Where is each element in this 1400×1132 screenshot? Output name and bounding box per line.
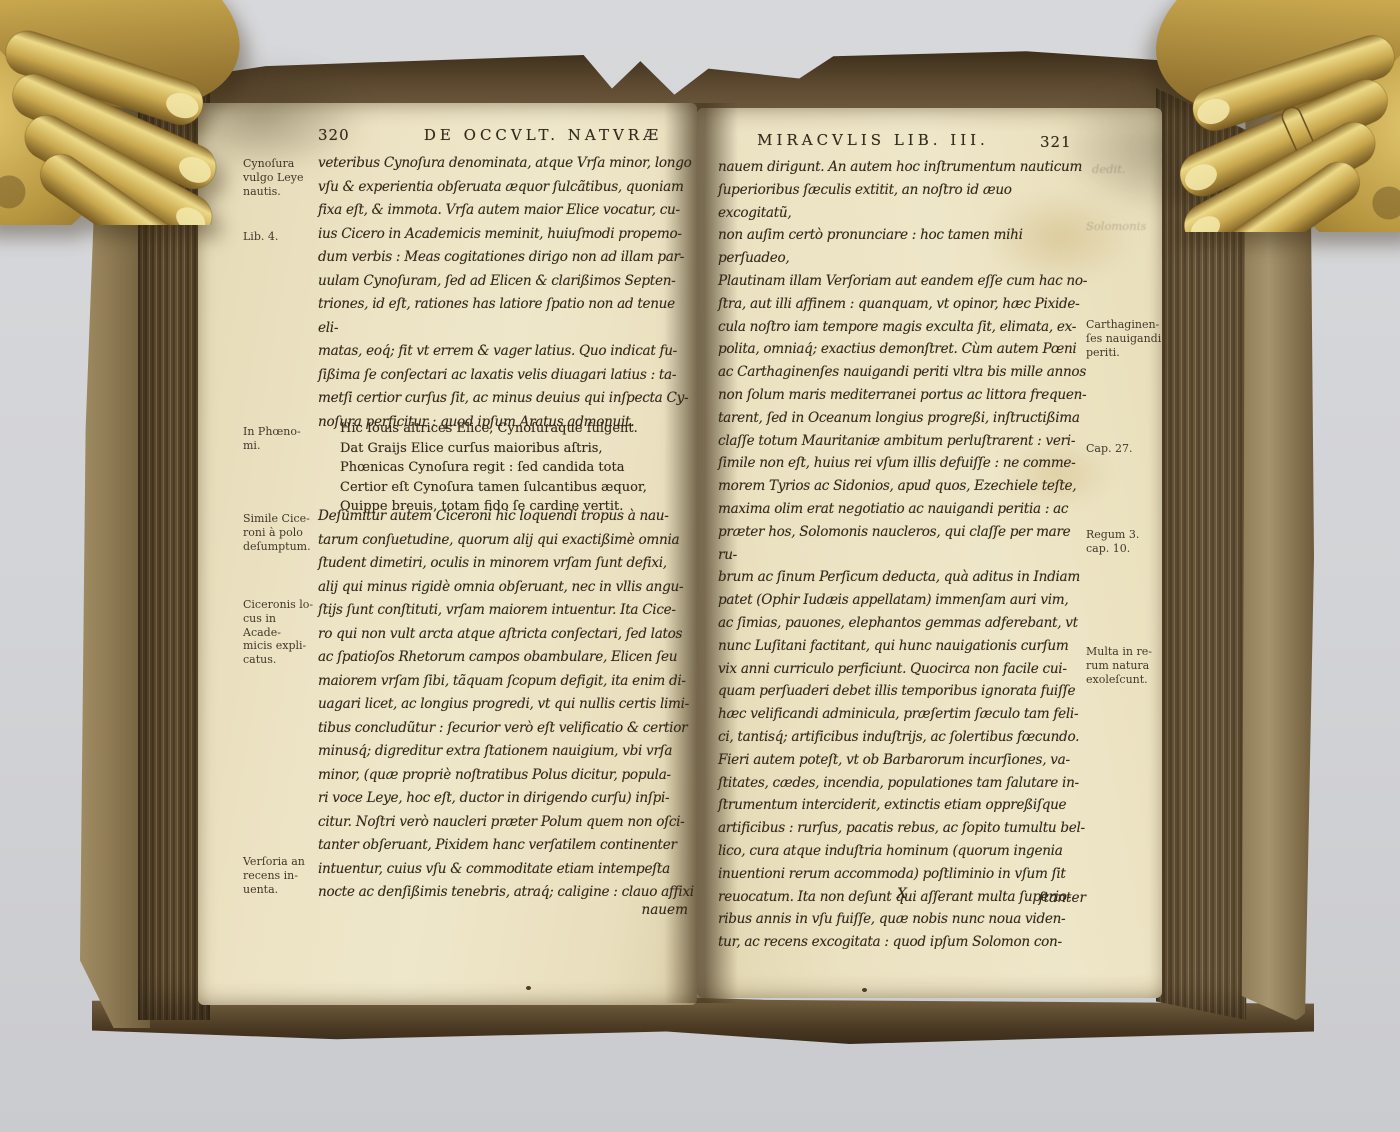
margin-note: Ciceronis lo- cus in Acade- micis expli-… — [243, 598, 317, 667]
margin-note: Carthaginen- ſes nauigandi periti. — [1086, 318, 1166, 359]
photo-backdrop: 320 DE OCCVLT. NATVRÆ Cynoſura vulgo Ley… — [0, 0, 1400, 1132]
margin-note: Simile Cice- roni à polo deſumptum. — [243, 512, 317, 553]
catchword: nauem — [318, 902, 688, 918]
body-paragraph: veteribus Cynoſura denominata, atque Vrſ… — [318, 152, 694, 434]
margin-note: Multa in re- rum natura exoleſcunt. — [1086, 645, 1166, 686]
body-paragraph: nauem dirigunt. An autem hoc inſtrumentu… — [718, 156, 1088, 954]
body-paragraph: Deſumitur autem Ciceroni hic loquendi tr… — [318, 505, 694, 905]
margin-note: Verſoria an recens in- uenta. — [243, 855, 317, 896]
margin-note: Regum 3. cap. 10. — [1086, 528, 1166, 556]
gilded-hand-right — [1102, 0, 1400, 232]
catchword: ſtanter — [718, 890, 1086, 906]
ink-speck — [526, 986, 531, 990]
verse-quote: Hic Iouis altrices Elice, Cynoſuraque fu… — [340, 419, 692, 517]
right-running-title: MIRACVLIS LIB. III. — [748, 131, 998, 149]
left-running-title: DE OCCVLT. NATVRÆ — [398, 126, 688, 144]
ink-speck — [862, 988, 867, 992]
margin-note: Lib. 4. — [243, 230, 317, 244]
gilded-hand-left — [0, 0, 298, 225]
margin-note: In Phœno- mi. — [243, 425, 317, 453]
margin-note: Cap. 27. — [1086, 442, 1166, 456]
